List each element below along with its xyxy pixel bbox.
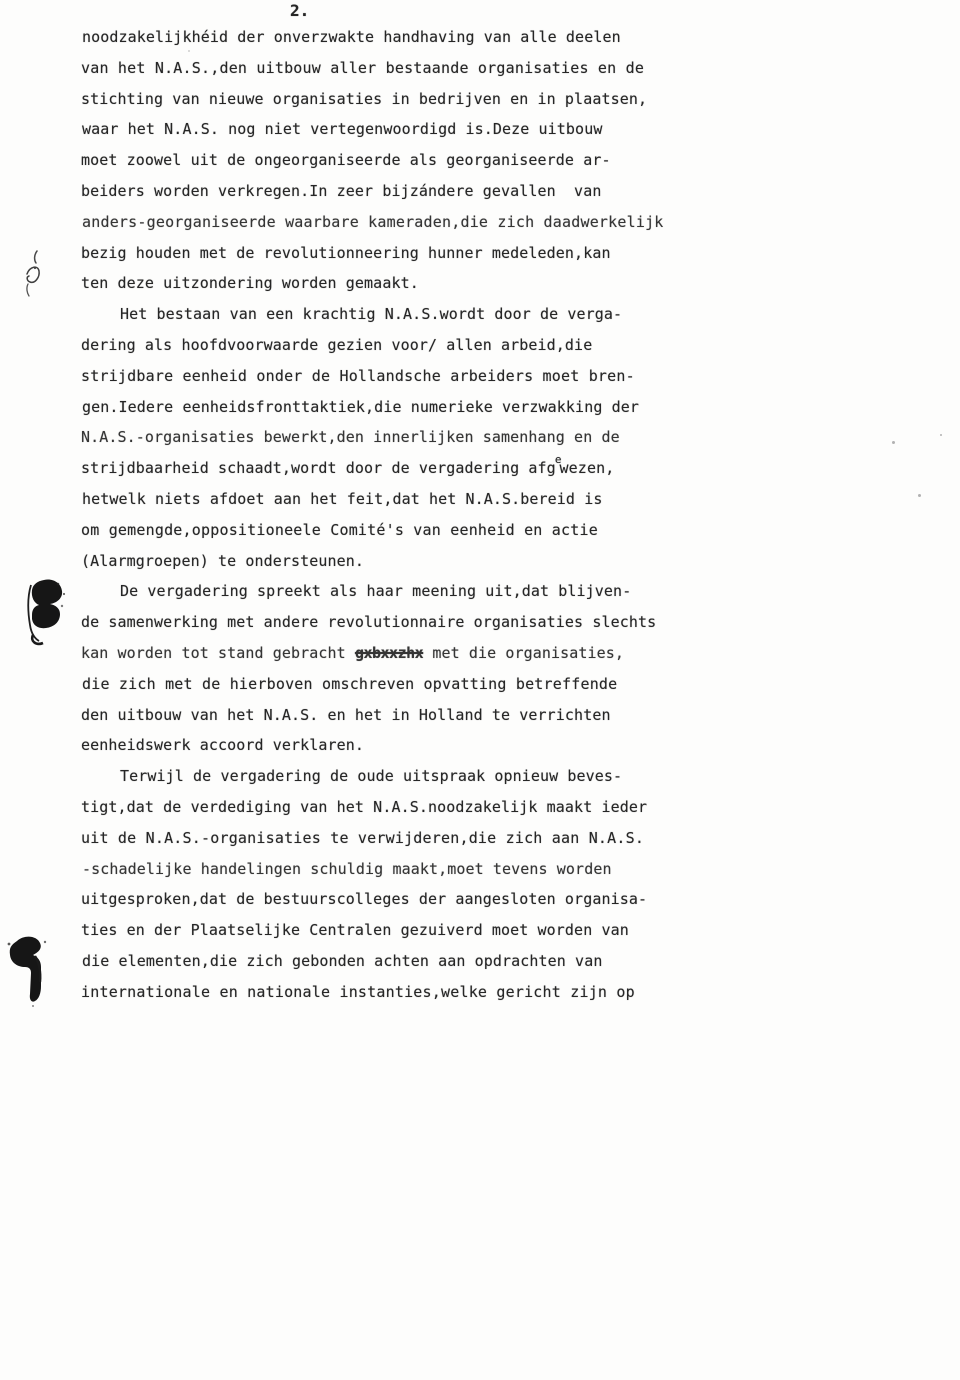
text-segment: De vergadering spreekt als haar meening … bbox=[120, 582, 631, 600]
scan-speck bbox=[940, 434, 942, 436]
text-segment: ties en der Plaatselijke Centralen gezui… bbox=[81, 921, 629, 939]
text-segment: den uitbouw van het N.A.S. en het in Hol… bbox=[81, 706, 611, 724]
text-segment: N.A.S.-organisaties bewerkt,den innerlij… bbox=[81, 428, 620, 446]
text-line: uit de N.A.S.-organisaties te verwijdere… bbox=[81, 823, 701, 854]
text-line: tigt,dat de verdediging van het N.A.S.no… bbox=[81, 792, 701, 823]
text-line: gen.Iedere eenheidsfronttaktiek,die nume… bbox=[82, 392, 702, 423]
text-segment: uitgesproken,dat de bestuurscolleges der… bbox=[81, 890, 647, 908]
text-line: ties en der Plaatselijke Centralen gezui… bbox=[81, 915, 701, 946]
text-line: -schadelijke handelingen schuldig maakt,… bbox=[82, 854, 702, 885]
text-segment: van het N.A.S.,den uitbouw aller bestaan… bbox=[81, 59, 644, 77]
text-line: strijdbare eenheid onder de Hollandsche … bbox=[81, 361, 701, 392]
text-segment: kan worden tot stand gebracht bbox=[81, 644, 355, 662]
text-line: dering als hoofdvoorwaarde gezien voor/ … bbox=[81, 330, 701, 361]
text-segment: bezig houden met de revolutionneering hu… bbox=[81, 244, 611, 262]
text-line: ten deze uitzondering worden gemaakt. bbox=[81, 268, 701, 299]
text-line: die zich met de hierboven omschreven opv… bbox=[82, 669, 702, 700]
text-segment: ten deze uitzondering worden gemaakt. bbox=[81, 274, 419, 292]
text-line: stichting van nieuwe organisaties in bed… bbox=[81, 84, 701, 115]
text-line: beiders worden verkregen.In zeer bijzánd… bbox=[81, 176, 701, 207]
text-segment: met die organisaties, bbox=[423, 644, 624, 662]
scanned-document-page: 2. noodzakelijkhéid der onverzwakte hand… bbox=[0, 0, 960, 1380]
text-segment: beiders worden verkregen.In zeer bijzánd… bbox=[81, 182, 601, 200]
ink-blot-mark bbox=[22, 578, 66, 648]
text-segment: dering als hoofdvoorwaarde gezien voor/ … bbox=[81, 336, 592, 354]
text-line: die elementen,die zich gebonden achten a… bbox=[82, 946, 702, 977]
text-segment: internationale en nationale instanties,w… bbox=[81, 983, 635, 1001]
text-line: internationale en nationale instanties,w… bbox=[81, 977, 701, 1008]
text-line: noodzakelijkhéid der onverzwakte handhav… bbox=[82, 22, 702, 53]
superscript-text: e bbox=[555, 445, 562, 476]
text-line: N.A.S.-organisaties bewerkt,den innerlij… bbox=[81, 422, 701, 453]
text-segment: anders-georganiseerde waarbare kameraden… bbox=[82, 213, 664, 231]
text-line: De vergadering spreekt als haar meening … bbox=[82, 576, 702, 607]
text-segment: die zich met de hierboven omschreven opv… bbox=[82, 675, 617, 693]
text-line: strijdbaarheid schaadt,wordt door de ver… bbox=[81, 453, 701, 484]
text-segment: gen.Iedere eenheidsfronttaktiek,die nume… bbox=[82, 398, 639, 416]
text-line: anders-georganiseerde waarbare kameraden… bbox=[82, 207, 702, 238]
text-line: (Alarmgroepen) te ondersteunen. bbox=[81, 546, 701, 577]
document-body: noodzakelijkhéid der onverzwakte handhav… bbox=[81, 22, 701, 1008]
text-segment: moet zoowel uit de ongeorganiseerde als … bbox=[81, 151, 611, 169]
text-line: van het N.A.S.,den uitbouw aller bestaan… bbox=[81, 53, 701, 84]
ink-blot-mark bbox=[5, 932, 53, 1008]
text-line: kan worden tot stand gebracht gxbxxzhx m… bbox=[81, 638, 701, 669]
text-line: den uitbouw van het N.A.S. en het in Hol… bbox=[81, 700, 701, 731]
pencil-squiggle-mark bbox=[20, 248, 50, 298]
text-segment: waar het N.A.S. nog niet vertegenwoordig… bbox=[82, 120, 602, 138]
text-line: uitgesproken,dat de bestuurscolleges der… bbox=[81, 884, 701, 915]
struck-text: gxbxxzhx bbox=[355, 644, 423, 662]
text-line: waar het N.A.S. nog niet vertegenwoordig… bbox=[82, 114, 702, 145]
text-segment: strijdbaarheid schaadt,wordt door de ver… bbox=[81, 459, 556, 477]
text-segment: tigt,dat de verdediging van het N.A.S.no… bbox=[81, 798, 647, 816]
text-segment: wezen, bbox=[560, 459, 615, 477]
text-segment: strijdbare eenheid onder de Hollandsche … bbox=[81, 367, 635, 385]
text-segment: Het bestaan van een krachtig N.A.S.wordt… bbox=[120, 305, 622, 323]
text-line: eenheidswerk accoord verklaren. bbox=[81, 730, 701, 761]
text-segment: stichting van nieuwe organisaties in bed… bbox=[81, 90, 647, 108]
text-segment: om gemengde,oppositioneele Comité's van … bbox=[81, 521, 598, 539]
text-segment: Terwijl de vergadering de oude uitspraak… bbox=[120, 767, 622, 785]
text-line: Het bestaan van een krachtig N.A.S.wordt… bbox=[82, 299, 702, 330]
page-number: 2. bbox=[290, 1, 309, 20]
text-line: de samenwerking met andere revolutionnai… bbox=[81, 607, 701, 638]
text-line: hetwelk niets afdoet aan het feit,dat he… bbox=[82, 484, 702, 515]
text-line: om gemengde,oppositioneele Comité's van … bbox=[81, 515, 701, 546]
text-line: Terwijl de vergadering de oude uitspraak… bbox=[82, 761, 702, 792]
scan-speck bbox=[188, 50, 190, 52]
text-segment: hetwelk niets afdoet aan het feit,dat he… bbox=[82, 490, 602, 508]
text-segment: eenheidswerk accoord verklaren. bbox=[81, 736, 364, 754]
scan-speck bbox=[892, 441, 895, 444]
text-segment: -schadelijke handelingen schuldig maakt,… bbox=[82, 860, 612, 878]
text-line: bezig houden met de revolutionneering hu… bbox=[81, 238, 701, 269]
text-segment: noodzakelijkhéid der onverzwakte handhav… bbox=[82, 28, 621, 46]
text-line: moet zoowel uit de ongeorganiseerde als … bbox=[81, 145, 701, 176]
scan-speck bbox=[918, 494, 921, 497]
text-segment: (Alarmgroepen) te ondersteunen. bbox=[81, 552, 364, 570]
text-segment: die elementen,die zich gebonden achten a… bbox=[82, 952, 602, 970]
text-segment: uit de N.A.S.-organisaties te verwijdere… bbox=[81, 829, 644, 847]
text-segment: de samenwerking met andere revolutionnai… bbox=[81, 613, 656, 631]
